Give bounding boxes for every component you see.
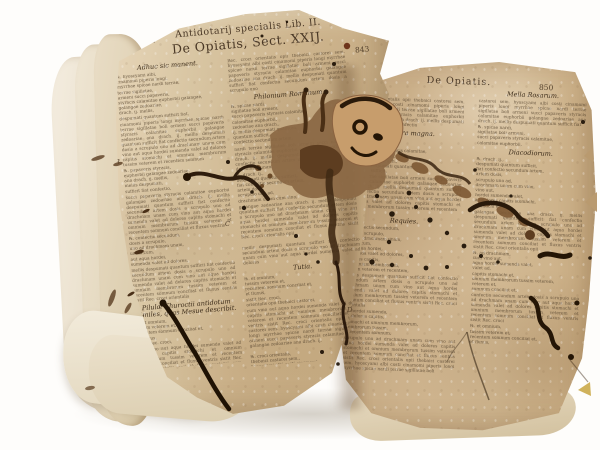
left-page-number: 842	[141, 35, 156, 45]
edge-fold	[578, 382, 591, 396]
text-paragraph: confectio secundum artem dosis a scrupul…	[470, 293, 579, 327]
recipe-line-list: ℞. ad drachmam,cum vino aut,aqua hordei …	[471, 251, 581, 297]
text-paragraph: galangae zedoariae ana drach. ij. mellis…	[473, 210, 582, 254]
text-paragraph: castorei sem. hyoscyami albi costi cinam…	[478, 99, 587, 128]
gutter-shadow	[327, 66, 367, 411]
text-paragraph: cinamomi piperis longi myrrhae spicae na…	[120, 115, 227, 168]
recipe-line-list: ℞. spicae nardi,sigillatae boli armeni,s…	[477, 125, 586, 150]
recipe-line-list: ℞. et omnium,tussim veterem et,recentem …	[469, 324, 578, 349]
margin-letter: C	[225, 220, 230, 228]
right-page-column-2: Mella Rosarum.castorei sem. hyoscyami al…	[467, 88, 587, 414]
recipe-line-list: ℞. drach. ij.,despumati quantum sufficit…	[475, 157, 585, 213]
right-running-head: De Opiatis.	[369, 73, 549, 90]
right-folio-number: 843	[355, 44, 370, 54]
antique-book-photo: De Opiatis. 850 Rec. croci orientalis op…	[0, 0, 600, 450]
recipe-line-list: ℞. hyoscyami albi,cinamomi piperis longi…	[116, 67, 223, 122]
text-paragraph: succi papaveris styracis calamitae eupho…	[126, 188, 233, 236]
